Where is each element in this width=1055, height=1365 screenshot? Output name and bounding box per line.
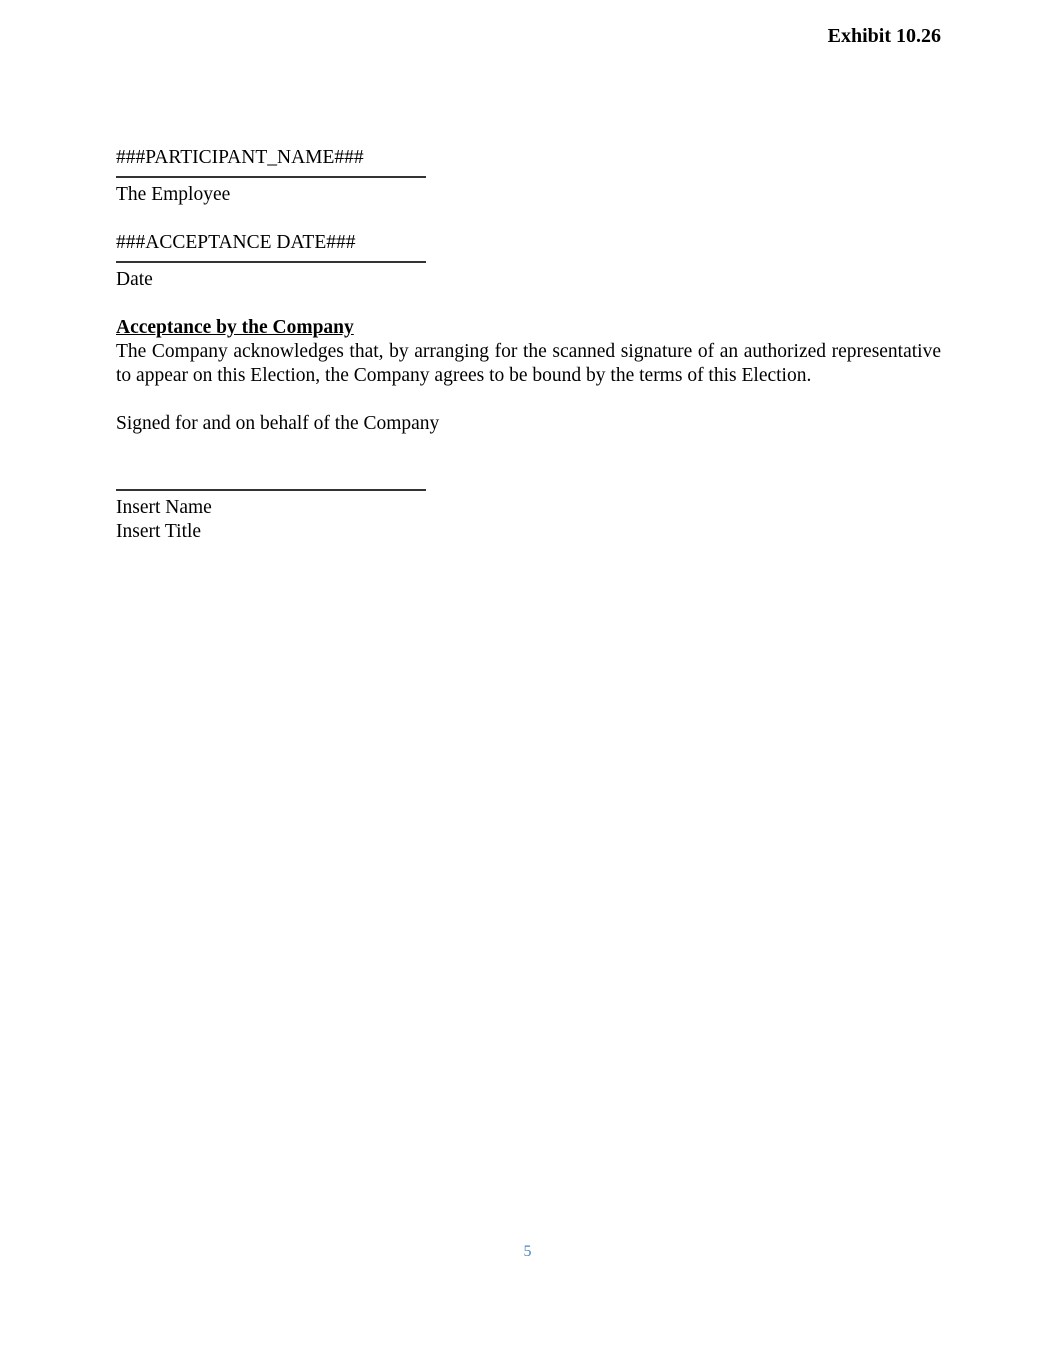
insert-title-text: Insert Title	[116, 520, 941, 544]
date-signature-line	[116, 261, 426, 263]
company-acceptance-heading: Acceptance by the Company	[116, 316, 941, 340]
employee-signature-line	[116, 176, 426, 178]
insert-name-text: Insert Name	[116, 496, 941, 520]
company-acceptance-paragraph: The Company acknowledges that, by arrang…	[116, 340, 941, 388]
company-signature-line	[116, 489, 426, 491]
signed-on-behalf-text: Signed for and on behalf of the Company	[116, 412, 941, 436]
acceptance-date-placeholder: ###ACCEPTANCE DATE###	[116, 231, 941, 255]
employee-label: The Employee	[116, 183, 941, 207]
exhibit-label: Exhibit 10.26	[828, 24, 941, 48]
date-label: Date	[116, 268, 941, 292]
participant-name-placeholder: ###PARTICIPANT_NAME###	[116, 146, 941, 170]
page-number: 5	[0, 1240, 1055, 1264]
document-body: ###PARTICIPANT_NAME### The Employee ###A…	[116, 146, 941, 544]
